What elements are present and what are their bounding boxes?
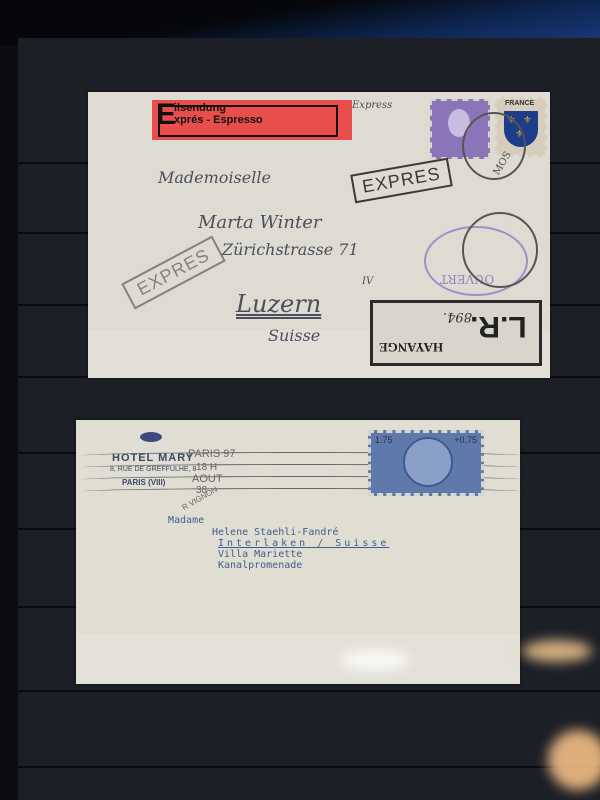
stamp-value: +0.75 — [454, 435, 477, 445]
postmark-line: 18 H — [196, 462, 217, 473]
express-label-line2: xprés - Espresso — [174, 114, 263, 126]
postmark-circle — [462, 212, 538, 288]
express-label: E ilsendung xprés - Espresso — [152, 100, 352, 140]
hotel-city: PARIS (VIII) — [122, 478, 165, 487]
hotel-name: HOTEL MARY — [112, 452, 194, 464]
address-salutation: Mademoiselle — [158, 168, 271, 187]
express-label-line1: ilsendung — [174, 102, 226, 114]
stamp-country: FRANCE — [505, 100, 534, 107]
mark-iv: IV — [362, 276, 373, 287]
stockbook-strip — [18, 766, 600, 768]
light-glare — [522, 640, 592, 662]
address-name: Marta Winter — [198, 212, 321, 233]
address-country: Suisse — [268, 326, 320, 345]
stamp-value: 1.75 — [375, 435, 393, 445]
postmark-line: AOUT — [192, 473, 223, 485]
typed-name: Helene Staehli-Fandré — [212, 527, 338, 538]
registration-letters: L.R. — [470, 309, 527, 343]
registration-number: 894. — [443, 309, 472, 324]
handwritten-express: Express — [352, 100, 392, 111]
postmark-line: PARIS 97 — [188, 448, 236, 460]
hotel-crest-icon — [140, 432, 162, 442]
registration-town: HAYANGE — [379, 339, 443, 355]
address-city: Luzern — [236, 290, 321, 318]
stamp-blue: 1.75 +0.75 — [368, 430, 484, 496]
typed-city: Interlaken / Suisse — [218, 538, 389, 549]
light-glare — [340, 650, 410, 670]
light-glare — [548, 730, 600, 790]
sleeve-sheen — [76, 634, 520, 684]
typed-salutation: Madame — [168, 515, 204, 526]
stamp-medallion — [403, 437, 453, 487]
hotel-address: 8, RUE DE GREFFULHE, 8 — [110, 466, 196, 473]
typed-line4: Kanalpromenade — [218, 560, 302, 571]
typed-line3: Villa Mariette — [218, 549, 302, 560]
fleur-icon: ⚜ — [523, 115, 532, 126]
registration-label: L.R. HAYANGE 894. — [370, 300, 542, 366]
stockbook-strip — [18, 690, 600, 692]
address-street: Zürichstrasse 71 — [222, 240, 359, 259]
express-label-letter: E — [156, 98, 176, 132]
